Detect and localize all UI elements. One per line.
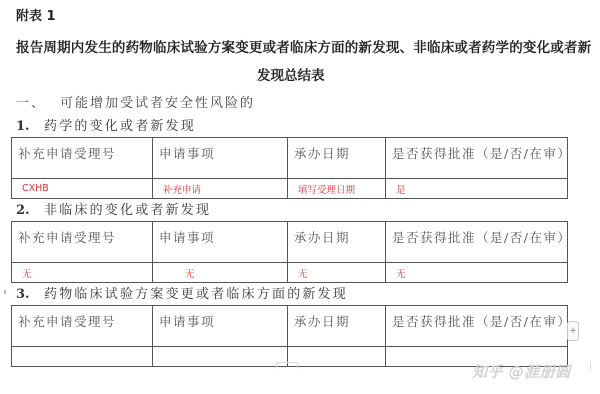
table-resize-handle[interactable] [276,362,298,369]
table-row: 无 无 无 无 [12,263,568,283]
document-title-line1: 报告周期内发生的药物临床试验方案变更或者临床方面的新发现、非临床或者药学的变化或… [16,36,591,56]
cell-application-item[interactable]: 无 [153,263,288,283]
header-cell: 补充申请受理号 [12,138,153,179]
cell-acceptance-number[interactable]: 无 [12,263,153,283]
header-cell: 申请事项 [153,222,288,263]
cell-handling-date[interactable]: 无 [288,263,386,283]
table-header-row: 补充申请受理号 申请事项 承办日期 是否获得批准（是/否/在审） [12,138,568,179]
header-cell: 承办日期 [288,138,386,179]
cursor-mark [590,362,591,370]
document-title-line2: 发现总结表 [257,64,325,84]
table-pharmacy-changes: 补充申请受理号 申请事项 承办日期 是否获得批准（是/否/在审） CXHB 补充… [11,137,568,199]
header-cell: 申请事项 [153,306,288,347]
cell-acceptance-number[interactable] [12,347,153,367]
cell-approval-status[interactable]: 是 [386,179,568,199]
header-cell: 补充申请受理号 [12,306,153,347]
cell-application-item[interactable] [153,347,288,367]
subsection-label: 药物临床试验方案变更或者临床方面的新发现 [44,287,348,302]
add-table-row-button[interactable]: + [567,321,579,341]
table-row: CXHB 补充申请 填写受理日期 是 [12,179,568,199]
cell-handling-date[interactable] [288,347,386,367]
subsection-number: 2. [16,203,44,218]
header-cell: 补充申请受理号 [12,222,153,263]
subsection-heading-1: 1.药学的变化或者新发现 [16,115,196,134]
table-header-row: 补充申请受理号 申请事项 承办日期 是否获得批准（是/否/在审） [12,306,568,347]
section-heading: 一、可能增加受试者安全性风险的 [16,92,255,111]
subsection-number: 3. [16,287,44,302]
subsection-number: 1. [16,119,44,134]
header-cell: 是否获得批准（是/否/在审） [386,222,568,263]
cell-handling-date[interactable]: 填写受理日期 [288,179,386,199]
table-nonclinical-changes: 补充申请受理号 申请事项 承办日期 是否获得批准（是/否/在审） 无 无 无 无 [11,221,568,283]
header-cell: 承办日期 [288,222,386,263]
cell-approval-status[interactable]: 无 [386,263,568,283]
paragraph-mark [4,290,6,294]
subsection-label: 非临床的变化或者新发现 [44,203,211,218]
header-cell: 是否获得批准（是/否/在审） [386,306,568,347]
table-header-row: 补充申请受理号 申请事项 承办日期 是否获得批准（是/否/在审） [12,222,568,263]
section-label: 可能增加受试者安全性风险的 [60,96,255,111]
watermark: 知乎 @涯册圆 [472,361,571,382]
header-cell: 承办日期 [288,306,386,347]
header-cell: 申请事项 [153,138,288,179]
subsection-heading-3: 3.药物临床试验方案变更或者临床方面的新发现 [16,283,348,302]
cell-acceptance-number[interactable]: CXHB [12,179,153,199]
subsection-label: 药学的变化或者新发现 [44,119,196,134]
header-cell: 是否获得批准（是/否/在审） [386,138,568,179]
table-clinical-changes: 补充申请受理号 申请事项 承办日期 是否获得批准（是/否/在审） [11,305,568,367]
subsection-heading-2: 2.非临床的变化或者新发现 [16,199,211,218]
section-number: 一、 [16,92,60,111]
appendix-label: 附表 1 [16,5,56,24]
cell-application-item[interactable]: 补充申请 [153,179,288,199]
